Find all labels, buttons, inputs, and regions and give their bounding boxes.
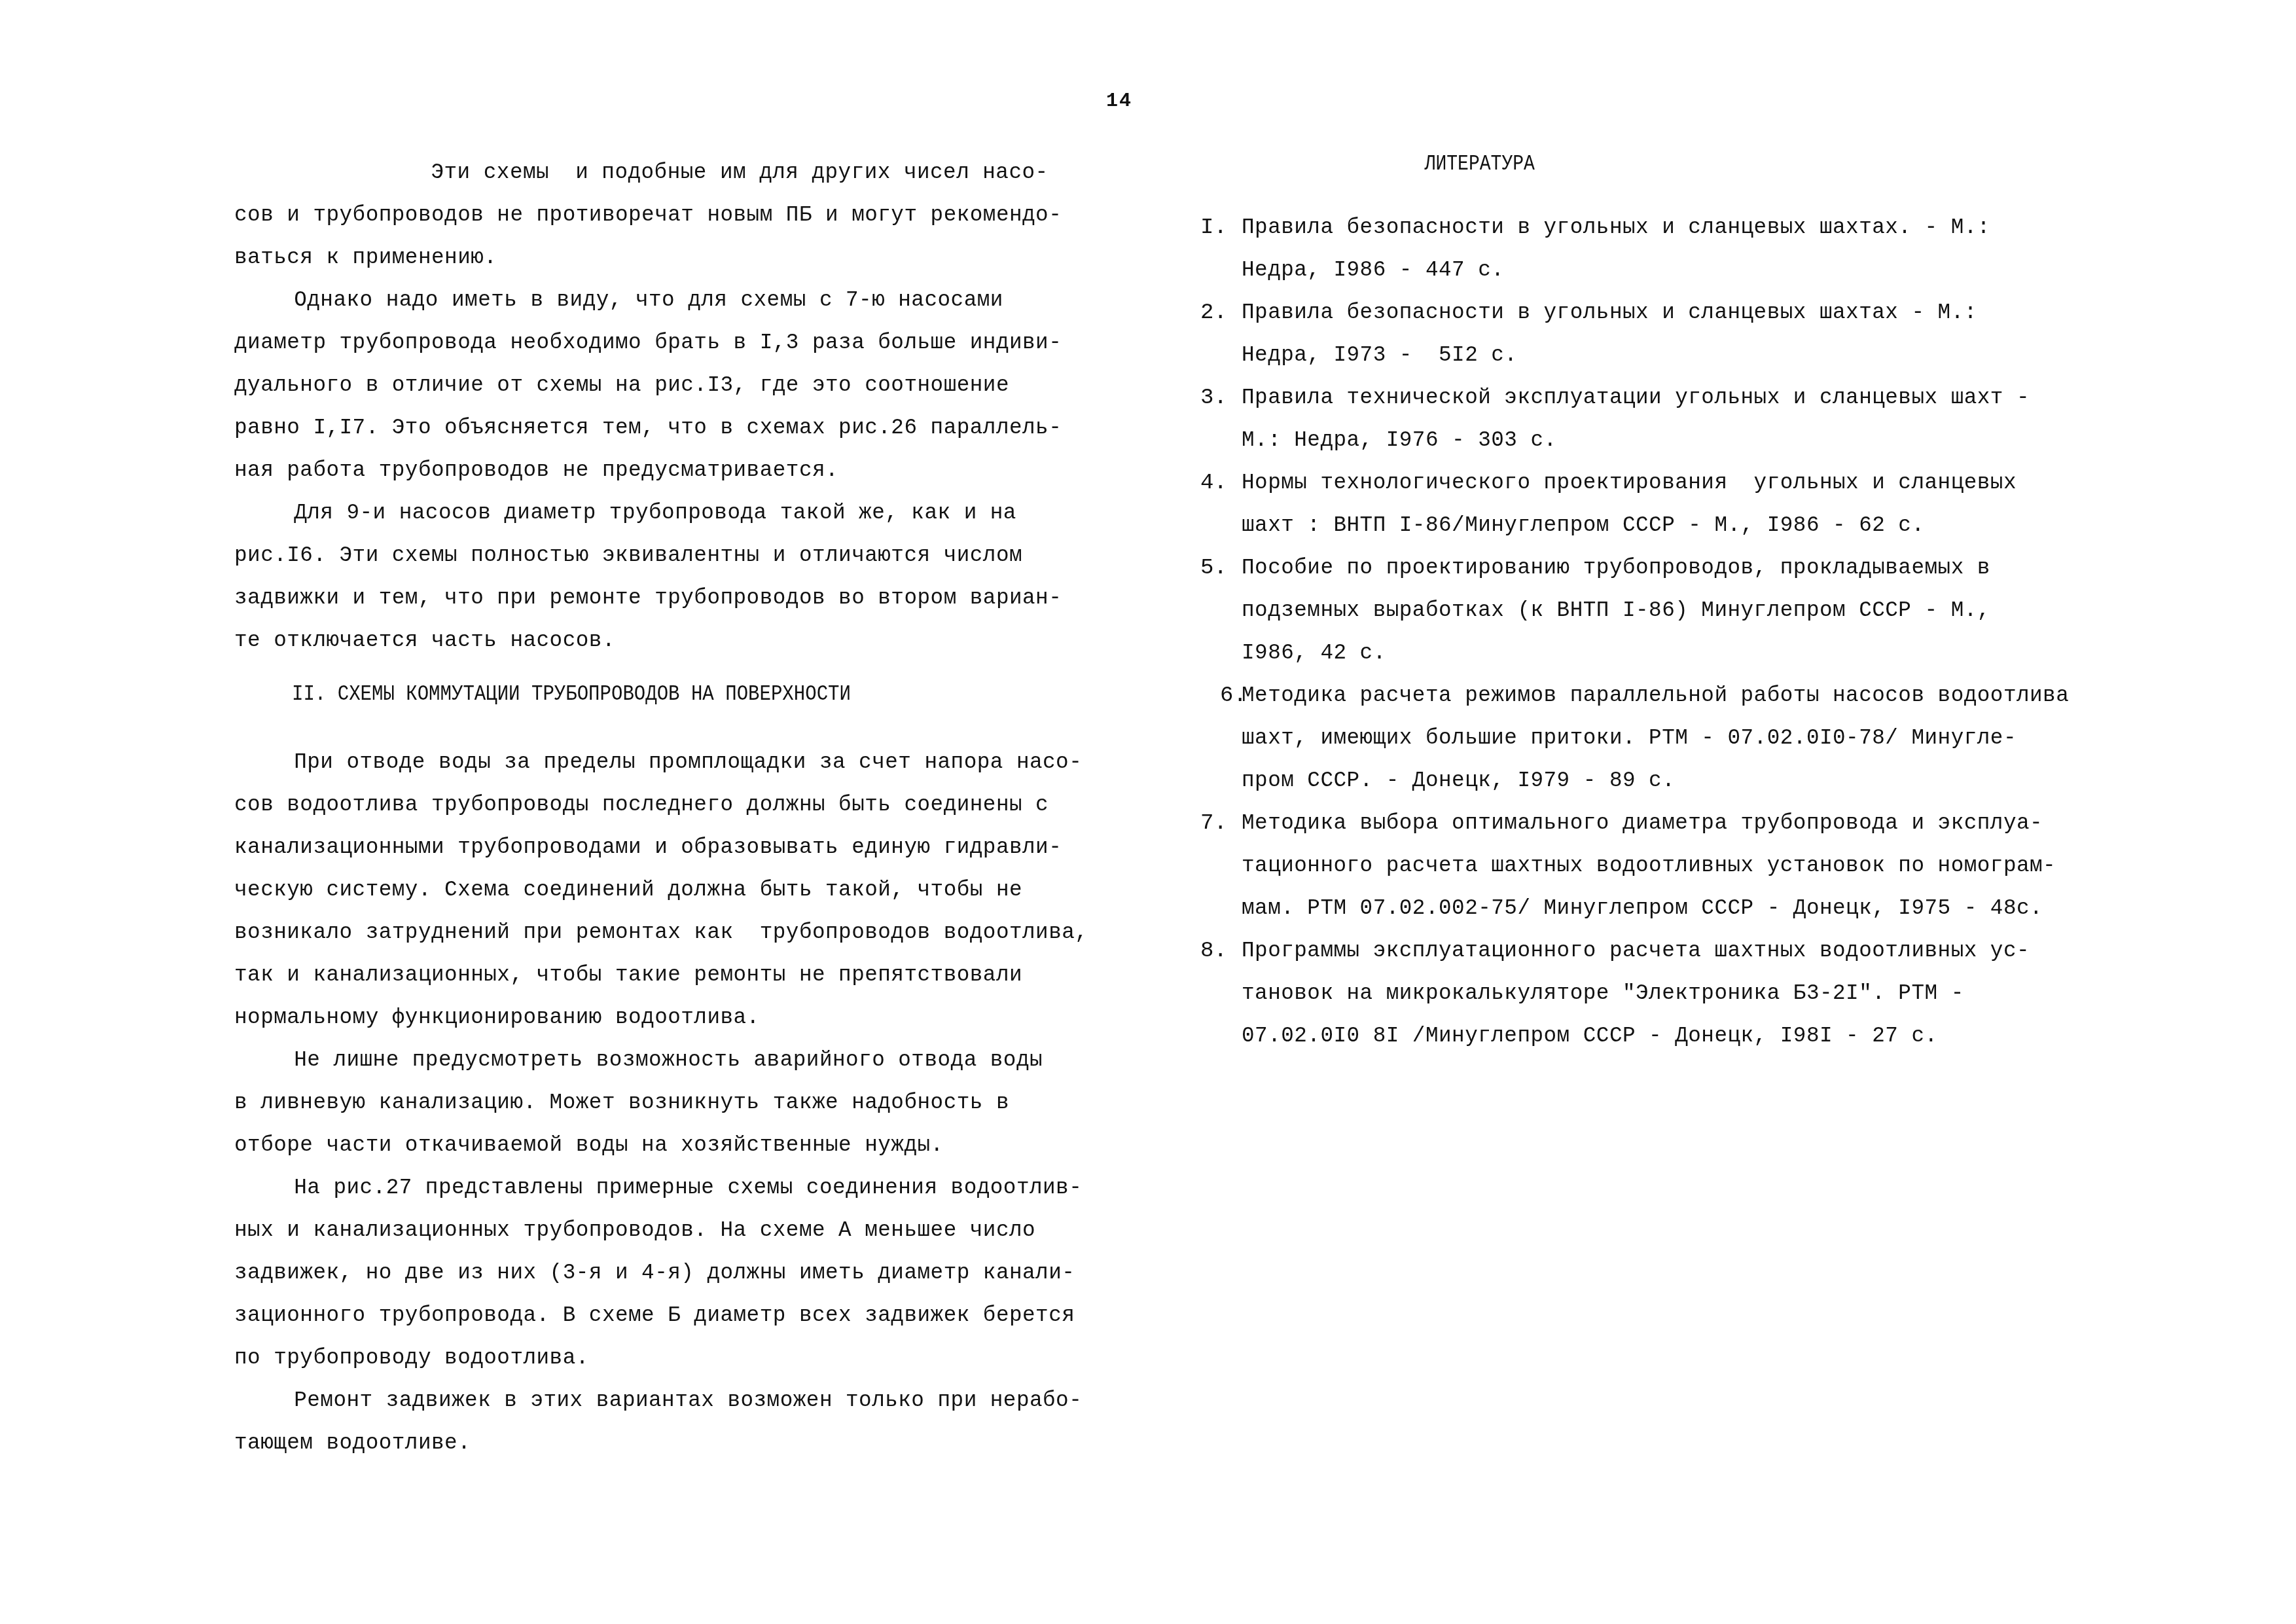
paragraph: Однако надо иметь в виду, что для схемы … bbox=[234, 280, 1105, 492]
text-line: тановок на микрокалькуляторе "Электроник… bbox=[1242, 973, 2056, 1015]
right-column: ЛИТЕРАТУРА I. Правила безопасности в уго… bbox=[1200, 148, 2090, 1058]
text-line: задвижки и тем, что при ремонте трубопро… bbox=[234, 577, 1070, 620]
paragraph: При отводе воды за пределы промплощадки … bbox=[234, 742, 1105, 1039]
text-line: пром СССР. - Донецк, I979 - 89 с. bbox=[1242, 760, 2069, 803]
text-line: нормальному функционированию водоотлива. bbox=[234, 997, 1070, 1039]
reference-number: 8. bbox=[1200, 930, 1242, 1058]
reference-number: 2. bbox=[1200, 292, 1242, 377]
text-line: Программы эксплуатационного расчета шахт… bbox=[1242, 930, 2056, 973]
text-line: ная работа трубопроводов не предусматрив… bbox=[234, 450, 1070, 492]
text-line: Для 9-и насосов диаметр трубопровода так… bbox=[234, 492, 1070, 535]
text-line: ваться к применению. bbox=[234, 237, 1070, 280]
text-line: I986, 42 с. bbox=[1242, 632, 2056, 675]
text-line: по трубопроводу водоотлива. bbox=[234, 1337, 1070, 1380]
paragraph: Эти схемы и подобные им для других чисел… bbox=[234, 152, 1105, 280]
text-line: М.: Недра, I976 - 303 с. bbox=[1242, 420, 2056, 462]
text-line: тационного расчета шахтных водоотливных … bbox=[1242, 845, 2056, 888]
reference-number: 4. bbox=[1200, 462, 1242, 547]
reference-item: 7. Методика выбора оптимального диаметра… bbox=[1200, 803, 2090, 930]
text-line: шахт : ВНТП I-86/Минуглепром СССР - М., … bbox=[1242, 505, 2056, 547]
reference-item: I. Правила безопасности в угольных и сла… bbox=[1200, 207, 2090, 292]
text-line: При отводе воды за пределы промплощадки … bbox=[234, 742, 1070, 784]
text-line: Не лишне предусмотреть возможность авари… bbox=[234, 1039, 1070, 1082]
text-line: тающем водоотливе. bbox=[234, 1422, 1070, 1465]
text-line: мам. РТМ 07.02.002-75/ Минуглепром СССР … bbox=[1242, 888, 2056, 930]
reference-number: I. bbox=[1200, 207, 1242, 292]
reference-number: 7. bbox=[1200, 803, 1242, 930]
text-line: На рис.27 представлены примерные схемы с… bbox=[234, 1167, 1070, 1210]
section-heading: II. СХЕМЫ КОММУТАЦИИ ТРУБОПРОВОДОВ НА ПО… bbox=[234, 673, 1000, 715]
paragraph: Ремонт задвижек в этих вариантах возможе… bbox=[234, 1380, 1105, 1465]
text-line: Пособие по проектированию трубопроводов,… bbox=[1242, 547, 2056, 590]
text-line: ных и канализационных трубопроводов. На … bbox=[234, 1210, 1070, 1252]
text-line: Недра, I986 - 447 с. bbox=[1242, 249, 2056, 292]
text-line: сов водоотлива трубопроводы последнего д… bbox=[234, 784, 1070, 827]
references-heading: ЛИТЕРАТУРА bbox=[1200, 148, 1957, 181]
reference-item: 6. Методика расчета режимов параллельной… bbox=[1200, 675, 2090, 803]
text-line: сов и трубопроводов не противоречат новы… bbox=[234, 194, 1070, 237]
text-line: Правила безопасности в угольных и сланце… bbox=[1242, 292, 2056, 334]
reference-item: 8. Программы эксплуатационного расчета ш… bbox=[1200, 930, 2090, 1058]
text-line: задвижек, но две из них (3-я и 4-я) долж… bbox=[234, 1252, 1070, 1295]
page-number: 14 bbox=[1106, 90, 1132, 113]
text-line: шахт, имеющих большие притоки. РТМ - 07.… bbox=[1242, 717, 2069, 760]
text-line: 07.02.0I0 8I /Минуглепром СССР - Донецк,… bbox=[1242, 1015, 2056, 1058]
text-line: Нормы технологического проектирования уг… bbox=[1242, 462, 2056, 505]
text-line: Методика выбора оптимального диаметра тр… bbox=[1242, 803, 2056, 845]
reference-number: 6. bbox=[1200, 675, 1242, 803]
text-line: так и канализационных, чтобы такие ремон… bbox=[234, 954, 1070, 997]
text-line: возникало затруднений при ремонтах как т… bbox=[234, 912, 1070, 954]
text-line: Правила технической эксплуатации угольны… bbox=[1242, 377, 2056, 420]
text-line: Эти схемы и подобные им для других чисел… bbox=[234, 152, 1070, 194]
text-line: те отключается часть насосов. bbox=[234, 620, 1070, 662]
text-line: Правила безопасности в угольных и сланце… bbox=[1242, 207, 2056, 249]
reference-item: 2. Правила безопасности в угольных и сла… bbox=[1200, 292, 2090, 377]
reference-number: 5. bbox=[1200, 547, 1242, 675]
text-line: дуального в отличие от схемы на рис.I3, … bbox=[234, 365, 1070, 407]
text-line: канализационными трубопроводами и образо… bbox=[234, 827, 1070, 869]
reference-item: 3. Правила технической эксплуатации угол… bbox=[1200, 377, 2090, 462]
text-line: ческую систему. Схема соединений должна … bbox=[234, 869, 1070, 912]
paragraph: Не лишне предусмотреть возможность авари… bbox=[234, 1039, 1105, 1167]
paragraph: На рис.27 представлены примерные схемы с… bbox=[234, 1167, 1105, 1380]
reference-item: 4. Нормы технологического проектирования… bbox=[1200, 462, 2090, 547]
text-line: Ремонт задвижек в этих вариантах возможе… bbox=[234, 1380, 1070, 1422]
text-line: равно I,I7. Это объясняется тем, что в с… bbox=[234, 407, 1070, 450]
text-line: Недра, I973 - 5I2 с. bbox=[1242, 334, 2056, 377]
left-column: Эти схемы и подобные им для других чисел… bbox=[234, 152, 1105, 1465]
text-line: Однако надо иметь в виду, что для схемы … bbox=[234, 280, 1070, 322]
text-line: отборе части откачиваемой воды на хозяйс… bbox=[234, 1125, 1070, 1167]
text-line: рис.I6. Эти схемы полностью эквивалентны… bbox=[234, 535, 1070, 577]
reference-number: 3. bbox=[1200, 377, 1242, 462]
text-line: Методика расчета режимов параллельной ра… bbox=[1242, 675, 2069, 717]
paragraph: Для 9-и насосов диаметр трубопровода так… bbox=[234, 492, 1105, 662]
text-line: диаметр трубопровода необходимо брать в … bbox=[234, 322, 1070, 365]
text-line: зационного трубопровода. В схеме Б диаме… bbox=[234, 1295, 1070, 1337]
reference-item: 5. Пособие по проектированию трубопровод… bbox=[1200, 547, 2090, 675]
text-line: подземных выработках (к ВНТП I-86) Минуг… bbox=[1242, 590, 2056, 632]
text-line: в ливневую канализацию. Может возникнуть… bbox=[234, 1082, 1070, 1125]
